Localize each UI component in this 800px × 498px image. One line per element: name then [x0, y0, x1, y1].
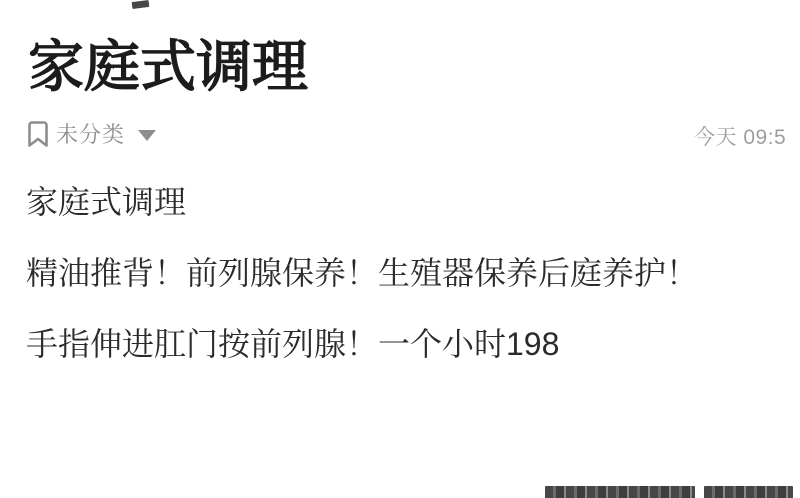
note-title: 家庭式调理: [28, 36, 308, 98]
cropped-text-segment: [704, 486, 793, 498]
note-view: 家庭式调理 未分类 今天 09:5 家庭式调理 精油推背！前列腺保养！生殖器保养…: [0, 0, 800, 498]
note-paragraph-1: 家庭式调理: [26, 186, 800, 218]
category-selector[interactable]: 未分类: [28, 118, 156, 149]
note-meta-row: 未分类 今天 09:5: [28, 118, 800, 150]
chevron-down-icon: [138, 130, 156, 141]
category-label: 未分类: [56, 118, 125, 149]
cropped-artifact-top: [132, 0, 150, 9]
note-timestamp: 今天 09:5: [694, 121, 786, 151]
note-paragraph-3: 手指伸进肛门按前列腺！一个小时198: [26, 328, 800, 360]
note-body[interactable]: 家庭式调理 精油推背！前列腺保养！生殖器保养后庭养护！ 手指伸进肛门按前列腺！一…: [26, 186, 800, 399]
cropped-text-strip: [545, 486, 793, 498]
bookmark-icon: [28, 121, 48, 147]
cropped-text-segment: [545, 486, 695, 498]
note-paragraph-2: 精油推背！前列腺保养！生殖器保养后庭养护！: [26, 257, 800, 289]
